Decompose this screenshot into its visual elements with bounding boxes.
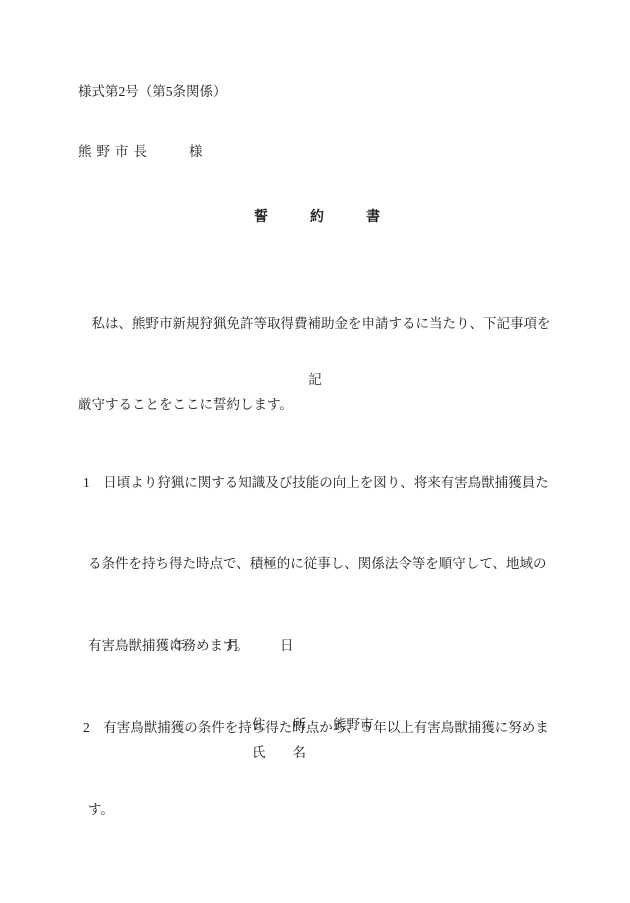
list-item-line: 有害鳥獣捕獲に務めます。: [78, 632, 549, 659]
document-title: 誓 約 書: [254, 206, 380, 226]
pledge-list: 1 日頃より狩猟に関する知識及び技能の向上を図り、将来有害鳥獣捕獲員た る条件を…: [78, 414, 549, 878]
address-line: 住 所 熊野市: [252, 713, 374, 733]
document-page: 様式第2号（第5条関係） 熊野市長 様 誓 約 書 私は、熊野市新規狩猟免許等取…: [0, 0, 630, 903]
paragraph-line: 私は、熊野市新規狩猟免許等取得費補助金を申請するに当たり、下記事項を: [78, 310, 551, 337]
list-item-line: す。: [78, 796, 549, 823]
list-item-line: る条件を持ち得た時点で、積極的に従事し、関係法令等を順守して、地域の: [78, 550, 549, 577]
section-marker-ki: 記: [0, 368, 630, 388]
list-item-line: 1 日頃より狩猟に関する知識及び技能の向上を図り、将来有害鳥獣捕獲員た: [78, 469, 549, 496]
name-line: 氏 名: [252, 741, 306, 761]
addressee-line: 熊野市長 様: [78, 140, 208, 160]
date-line: 年 月 日: [172, 634, 294, 654]
form-number: 様式第2号（第5条関係）: [78, 80, 227, 100]
